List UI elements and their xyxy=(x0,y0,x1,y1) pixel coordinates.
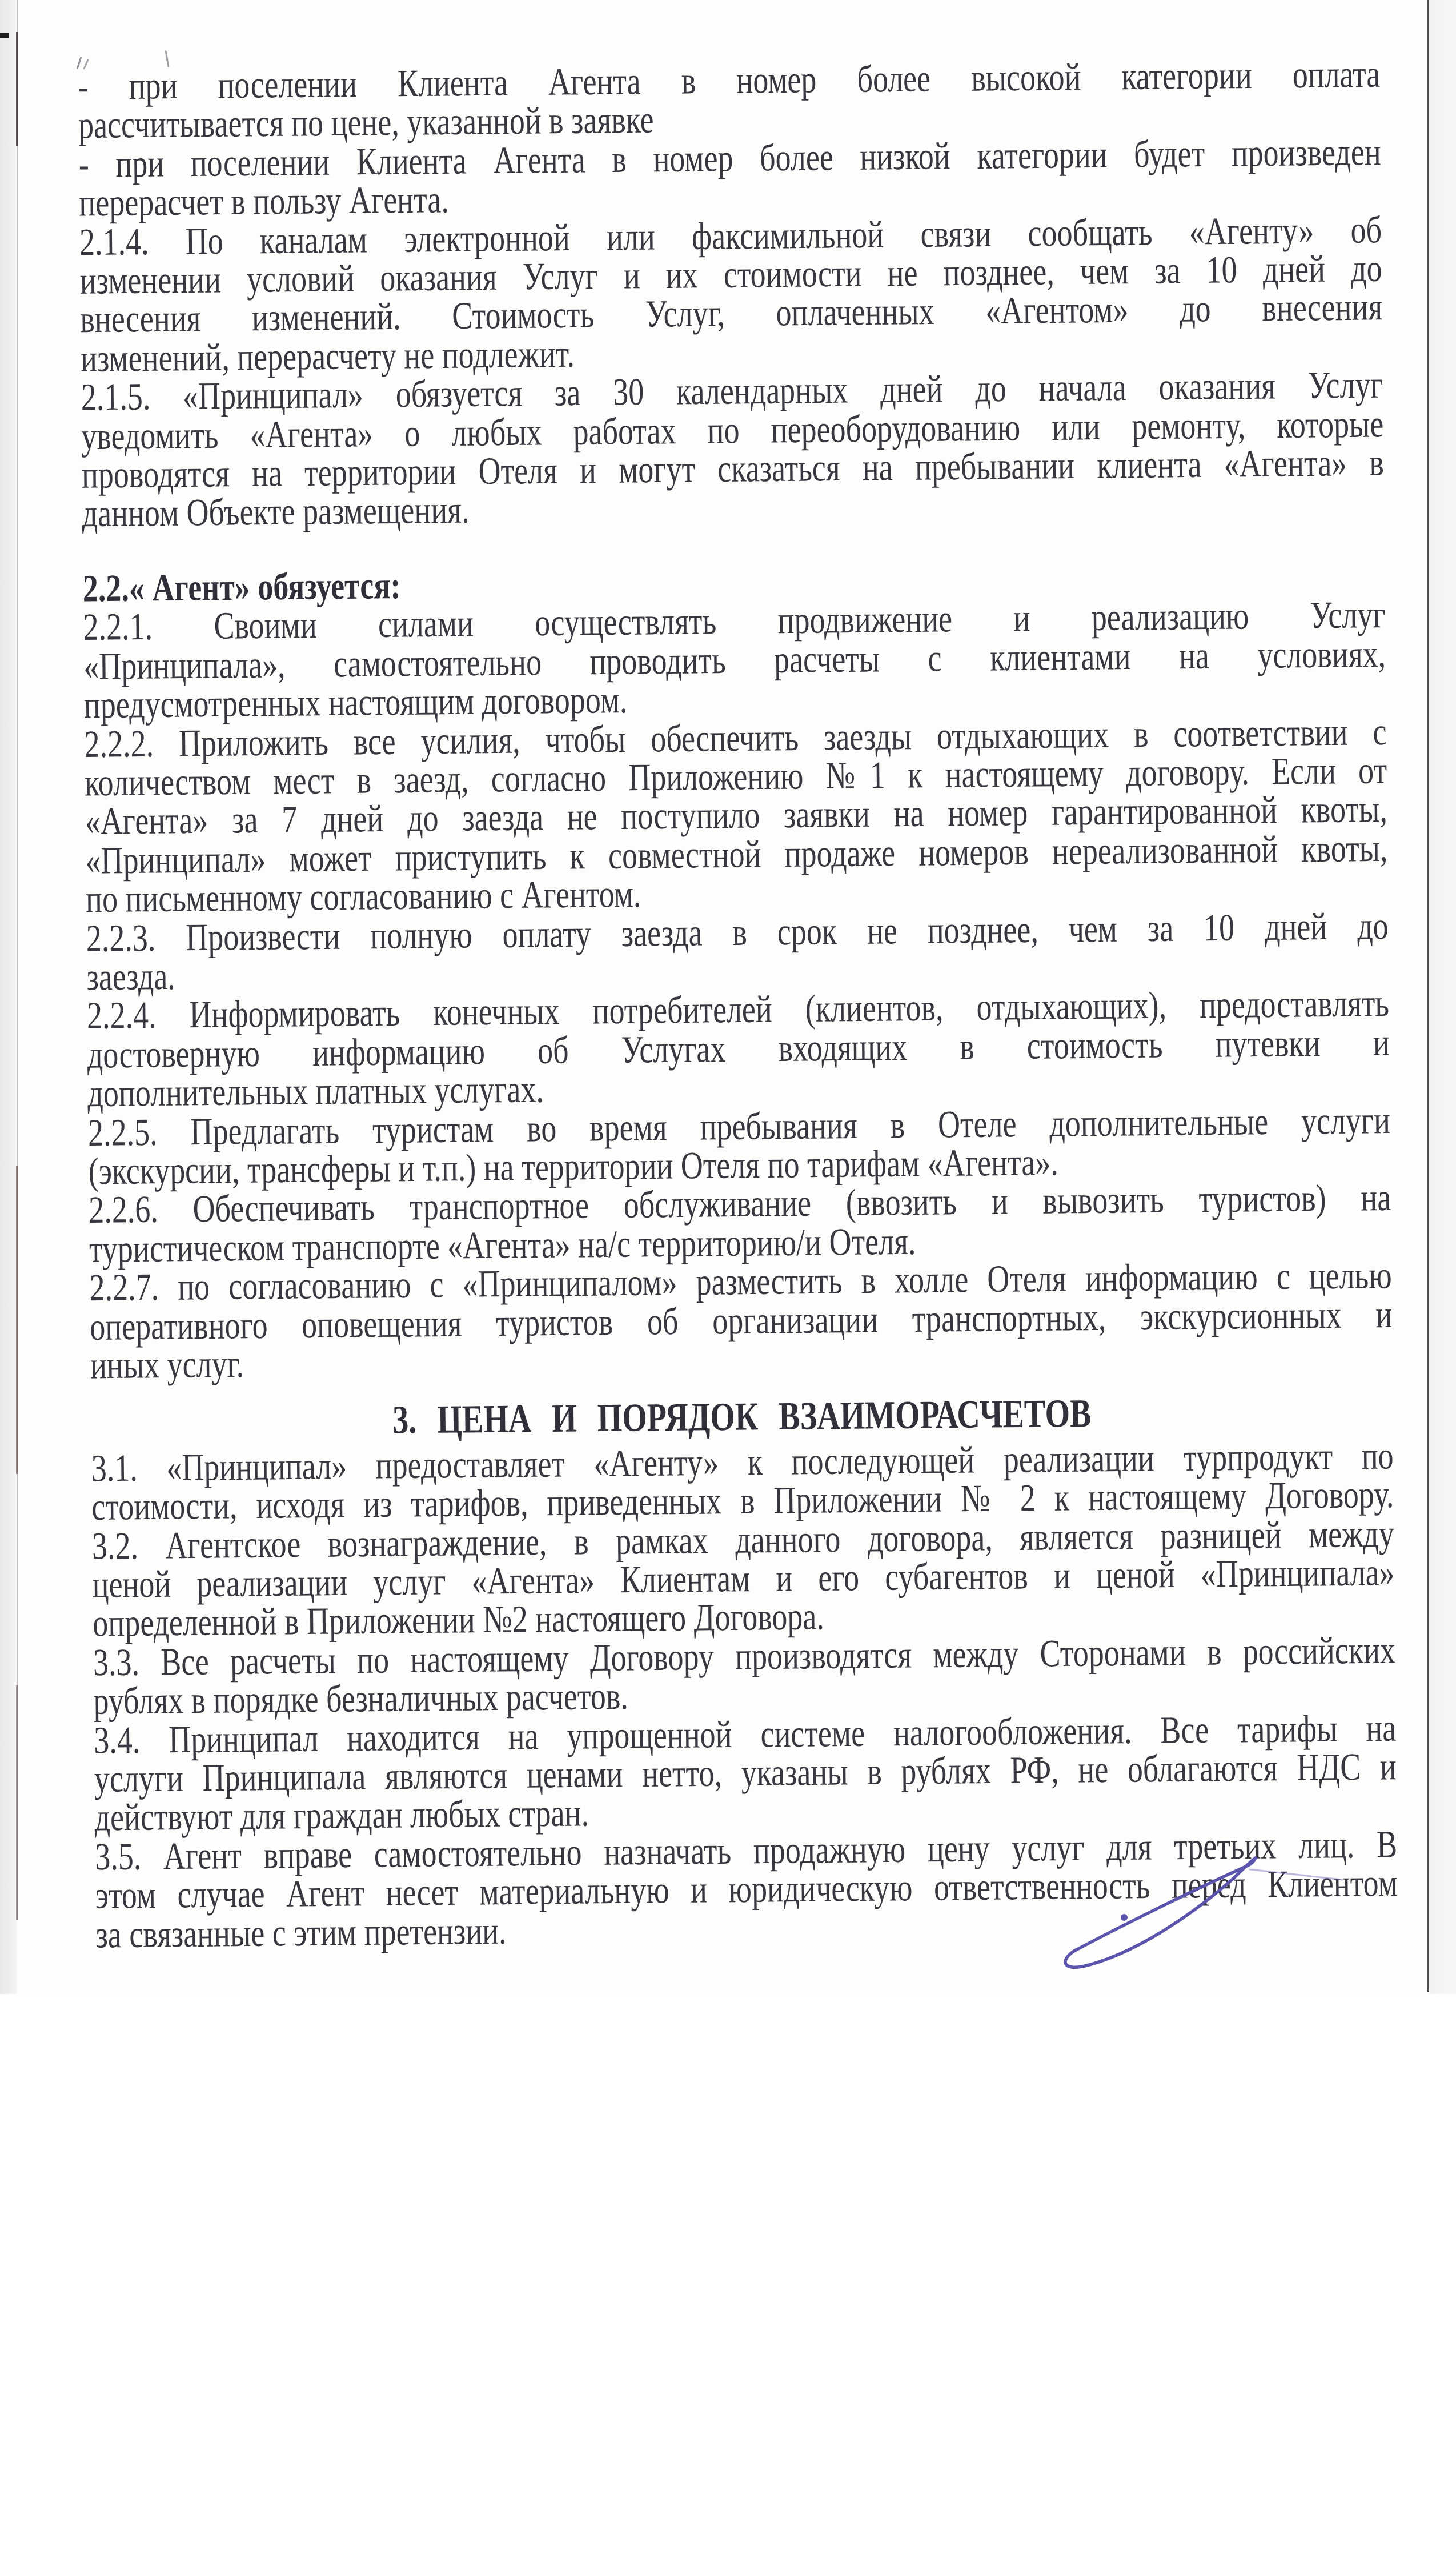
page-left-edge-line xyxy=(17,0,18,1920)
blank-page-bottom xyxy=(0,1994,1456,2571)
page-right-margin-area xyxy=(1429,0,1456,1994)
section-heading: 3. ЦЕНА И ПОРЯДОК ВЗАИМОРАСЧЕТОВ xyxy=(91,1392,1394,1443)
scan-black-dash xyxy=(0,33,9,38)
signature-ink xyxy=(1048,1848,1357,1985)
page-left-edge-dark-segment xyxy=(16,1685,18,1920)
signature-faint-tail xyxy=(1250,1869,1342,1880)
page-left-edge-dark-segment xyxy=(16,1166,18,1474)
signature-ink-blob xyxy=(1121,1914,1128,1921)
signature-loop xyxy=(1065,1858,1256,1967)
document-text: - при поселении Клиента Агента в номер б… xyxy=(77,0,1398,1954)
scanned-contract-page: - при поселении Клиента Агента в номер б… xyxy=(0,0,1456,2571)
page-left-edge-dark-segment xyxy=(16,32,18,146)
scanner-edge-strip xyxy=(0,0,17,1994)
